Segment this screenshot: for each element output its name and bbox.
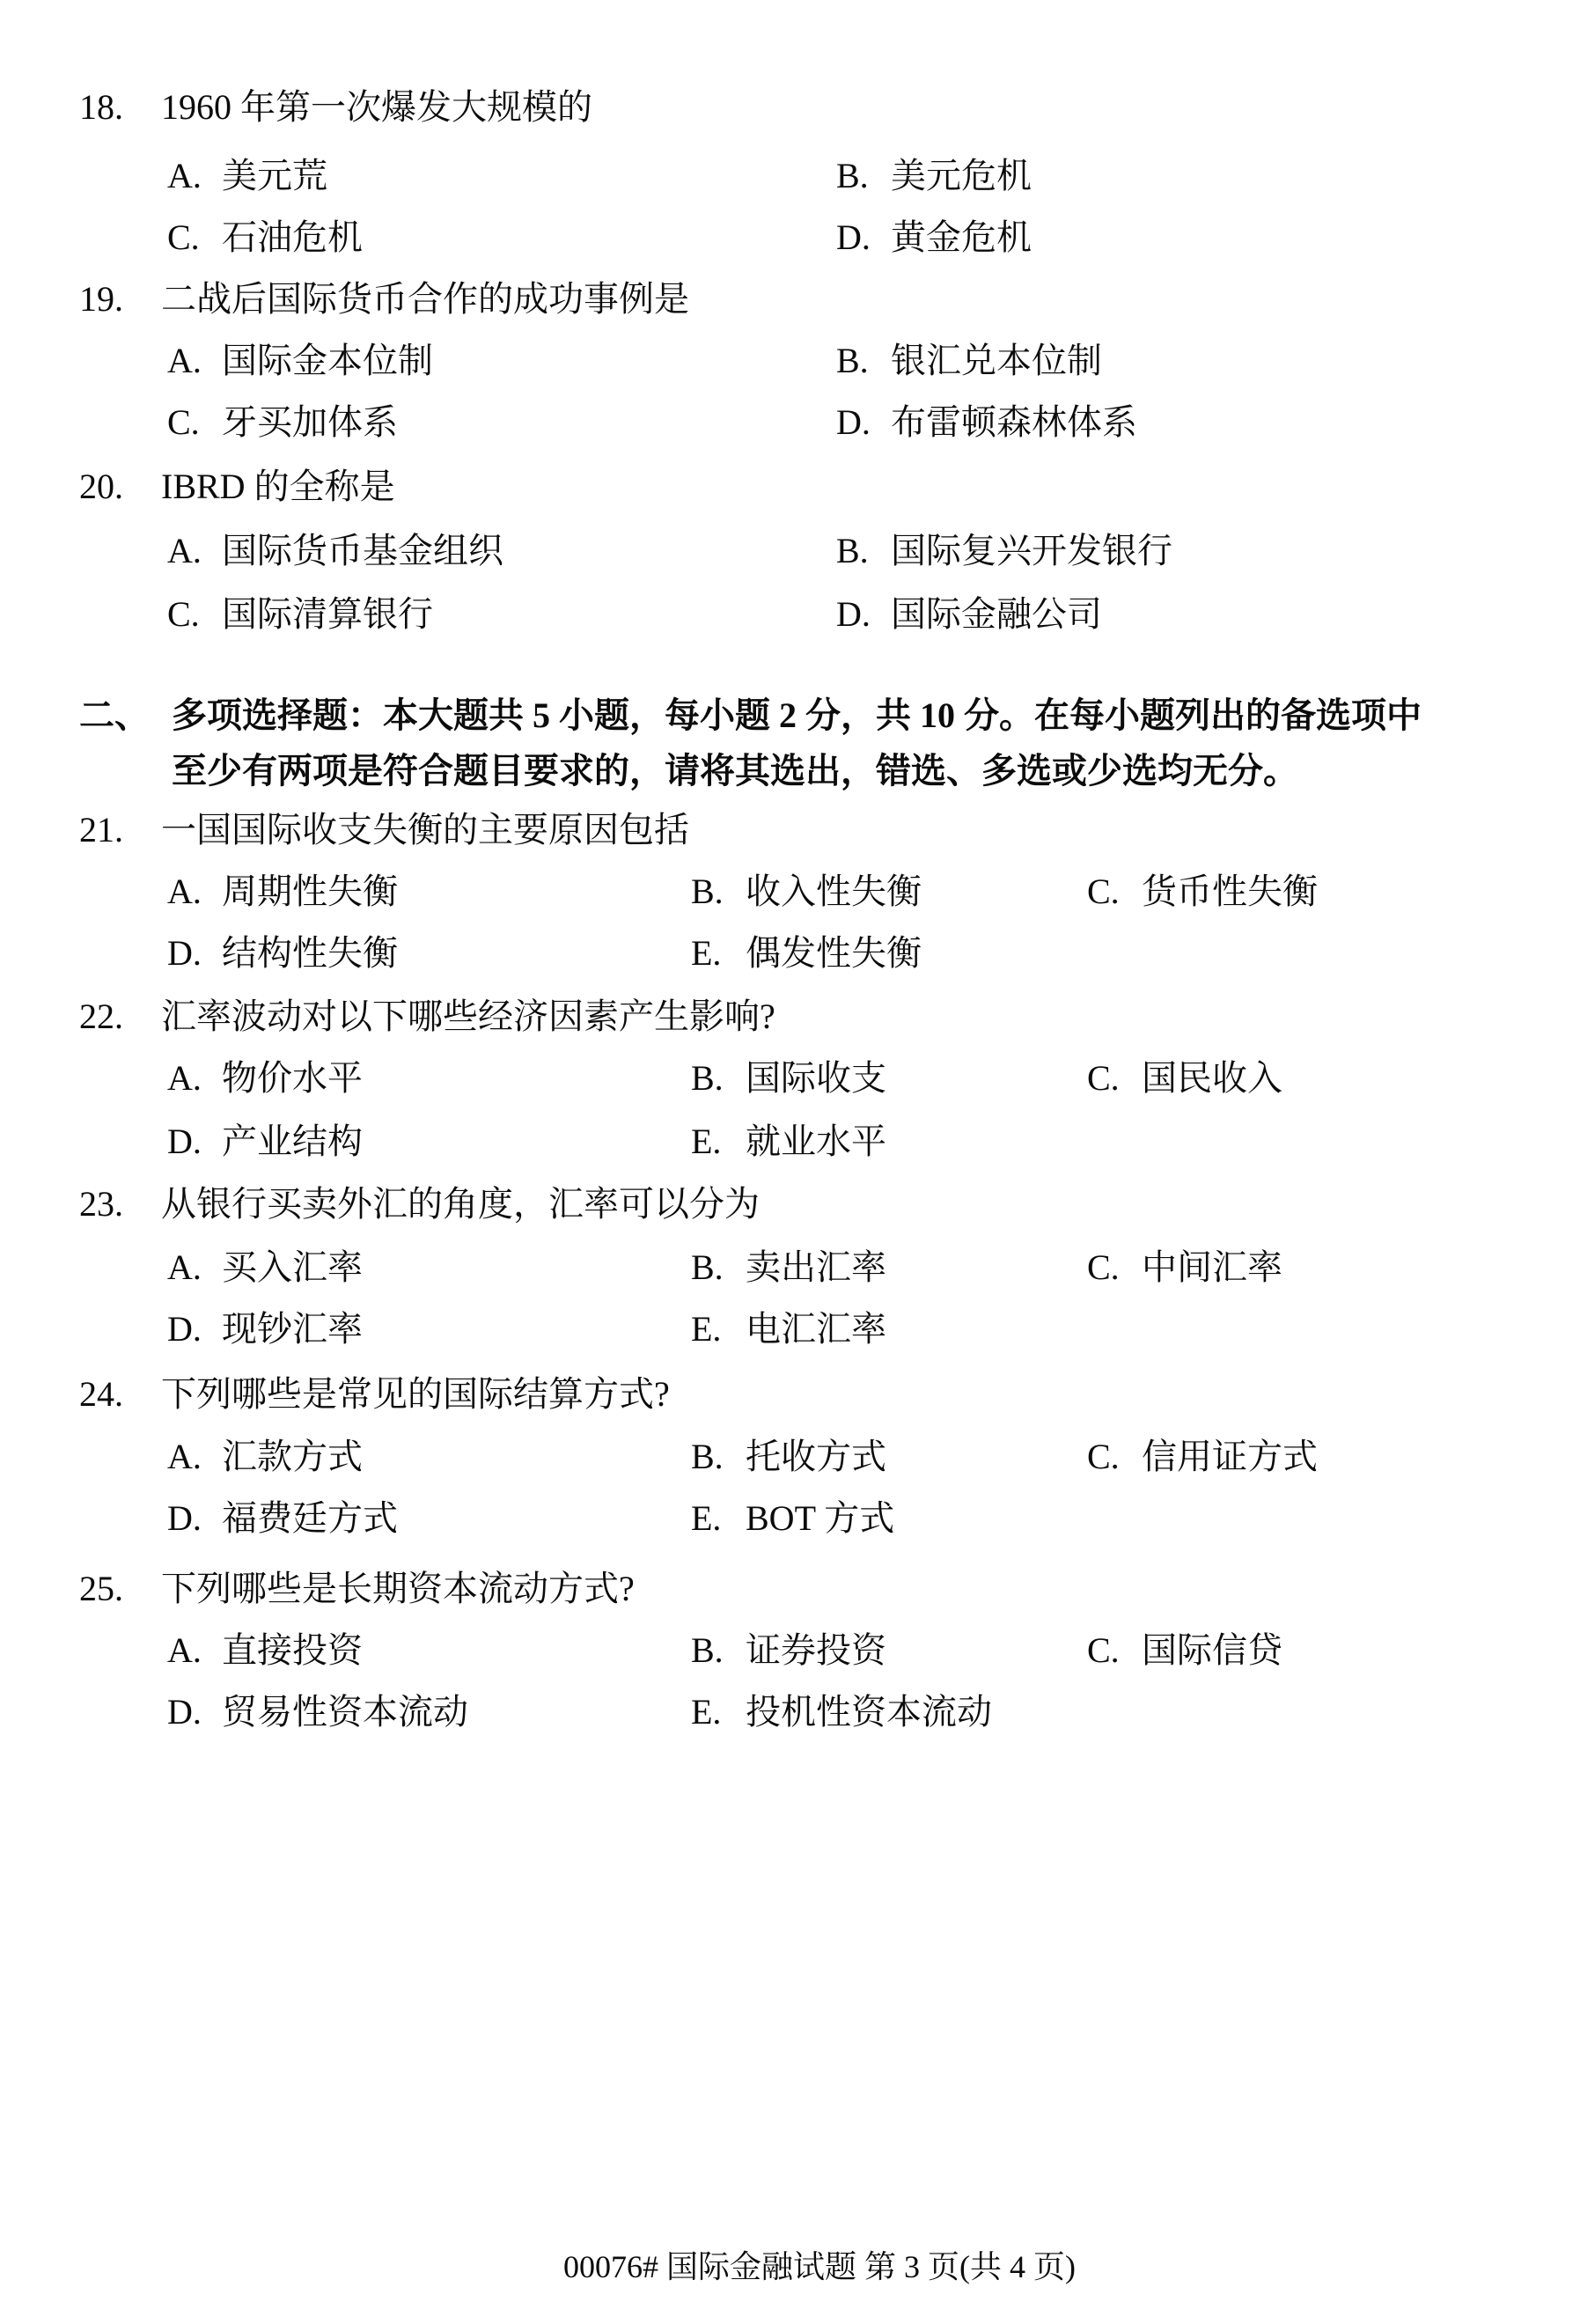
question-23-options-de: D.现钞汇率 E.电汇汇率 — [0, 1310, 1580, 1359]
option-letter: A. — [167, 1438, 222, 1476]
option: C.货币性失衡 — [1087, 872, 1318, 911]
option-text: 国民收入 — [1142, 1058, 1282, 1098]
option: A.国际货币基金组织 — [167, 532, 503, 570]
option: C.中间汇率 — [1087, 1248, 1282, 1287]
question-20-options-cd: C.国际清算银行 D.国际金融公司 — [0, 595, 1580, 644]
option: B.美元危机 — [836, 157, 1032, 195]
option-letter: A. — [167, 157, 222, 195]
option-letter: B. — [836, 532, 891, 570]
option: E.就业水平 — [691, 1122, 886, 1161]
option: E.偶发性失衡 — [691, 934, 922, 973]
option-text: 直接投资 — [222, 1630, 363, 1670]
option-letter: D. — [167, 1693, 222, 1732]
section-number: 二、 — [79, 696, 150, 735]
option-text: 偶发性失衡 — [746, 933, 922, 973]
option-letter: B. — [691, 872, 746, 911]
option: C.国际信贷 — [1087, 1631, 1282, 1670]
option-text: 国际金融公司 — [891, 594, 1102, 634]
section-instructions: 多项选择题：本大题共 5 小题，每小题 2 分，共 10 分。在每小题列出的备选… — [172, 696, 1422, 735]
option-text: 中间汇率 — [1142, 1247, 1282, 1287]
option-letter: C. — [1087, 1059, 1142, 1098]
question-21: 21. 一国国际收支失衡的主要原因包括 — [0, 811, 1580, 860]
option-text: 布雷顿森林体系 — [891, 402, 1137, 442]
question-stem: 下列哪些是常见的国际结算方式? — [161, 1375, 670, 1414]
option: A.买入汇率 — [167, 1248, 363, 1287]
option-letter: B. — [836, 342, 891, 380]
option: C.牙买加体系 — [167, 403, 398, 442]
section-2-heading-line-2: 至少有两项是符合题目要求的，请将其选出，错选、多选或少选均无分。 — [0, 752, 1580, 801]
option: D.贸易性资本流动 — [167, 1693, 468, 1732]
option: C.国际清算银行 — [167, 595, 433, 634]
option: D.福费廷方式 — [167, 1499, 398, 1538]
option-letter: C. — [1087, 1438, 1142, 1476]
option-text: 物价水平 — [222, 1058, 363, 1098]
question-18: 18. 1960 年第一次爆发大规模的 — [0, 88, 1580, 137]
option-letter: C. — [167, 595, 222, 634]
option-text: 国际金本位制 — [222, 341, 433, 380]
option-letter: E. — [691, 1310, 746, 1349]
option-text: 周期性失衡 — [222, 871, 398, 911]
option-letter: D. — [167, 1310, 222, 1349]
question-21-options-de: D.结构性失衡 E.偶发性失衡 — [0, 934, 1580, 983]
option-letter: B. — [691, 1059, 746, 1098]
section-2-heading-line-1: 二、 多项选择题：本大题共 5 小题，每小题 2 分，共 10 分。在每小题列出… — [0, 696, 1580, 746]
question-24-options-abc: A.汇款方式 B.托收方式 C.信用证方式 — [0, 1438, 1580, 1487]
option-text: 托收方式 — [746, 1437, 886, 1476]
option-text: 产业结构 — [222, 1122, 363, 1161]
option-letter: A. — [167, 342, 222, 380]
question-number: 24. — [79, 1375, 123, 1414]
option: D.产业结构 — [167, 1122, 363, 1161]
option-text: 汇款方式 — [222, 1437, 363, 1476]
question-stem: 从银行买卖外汇的角度，汇率可以分为 — [161, 1185, 760, 1224]
option: A.汇款方式 — [167, 1438, 363, 1476]
option: D.结构性失衡 — [167, 934, 398, 973]
option-letter: B. — [836, 157, 891, 195]
question-23-options-abc: A.买入汇率 B.卖出汇率 C.中间汇率 — [0, 1248, 1580, 1298]
option: A.周期性失衡 — [167, 872, 398, 911]
option-letter: D. — [167, 934, 222, 973]
option-text: 美元荒 — [222, 156, 327, 195]
option-letter: D. — [167, 1122, 222, 1161]
question-stem: 二战后国际货币合作的成功事例是 — [161, 280, 689, 319]
question-18-options-ab: A.美元荒 B.美元危机 — [0, 157, 1580, 206]
question-number: 20. — [79, 467, 123, 506]
option-text: 石油危机 — [222, 217, 363, 257]
option: B.国际复兴开发银行 — [836, 532, 1172, 570]
option-letter: A. — [167, 1059, 222, 1098]
question-stem: 1960 年第一次爆发大规模的 — [161, 88, 592, 127]
option-letter: D. — [836, 403, 891, 442]
question-stem: IBRD 的全称是 — [161, 467, 395, 506]
option-text: 国际复兴开发银行 — [891, 531, 1172, 570]
option: C.石油危机 — [167, 218, 363, 257]
option-letter: B. — [691, 1438, 746, 1476]
question-number: 18. — [79, 88, 123, 127]
option-letter: A. — [167, 532, 222, 570]
question-20-options-ab: A.国际货币基金组织 B.国际复兴开发银行 — [0, 532, 1580, 581]
option-text: 国际清算银行 — [222, 594, 433, 634]
question-number: 25. — [79, 1570, 123, 1608]
option-letter: B. — [691, 1248, 746, 1287]
question-19-options-cd: C.牙买加体系 D.布雷顿森林体系 — [0, 403, 1580, 452]
option: A.美元荒 — [167, 157, 327, 195]
question-number: 22. — [79, 997, 123, 1036]
option: D.国际金融公司 — [836, 595, 1102, 634]
option: A.直接投资 — [167, 1631, 363, 1670]
question-stem: 一国国际收支失衡的主要原因包括 — [161, 811, 689, 849]
option-letter: C. — [1087, 872, 1142, 911]
option-letter: C. — [1087, 1248, 1142, 1287]
option-letter: E. — [691, 934, 746, 973]
question-18-options-cd: C.石油危机 D.黄金危机 — [0, 218, 1580, 268]
option: B.卖出汇率 — [691, 1248, 886, 1287]
option-text: 牙买加体系 — [222, 402, 398, 442]
option: D.黄金危机 — [836, 218, 1032, 257]
option: D.布雷顿森林体系 — [836, 403, 1137, 442]
option-text: 福费廷方式 — [222, 1498, 398, 1538]
option-letter: B. — [691, 1631, 746, 1670]
option: C.信用证方式 — [1087, 1438, 1318, 1476]
option: E.电汇汇率 — [691, 1310, 886, 1349]
option-text: 美元危机 — [891, 156, 1032, 195]
option-text: 现钞汇率 — [222, 1309, 363, 1349]
option-text: 卖出汇率 — [746, 1247, 886, 1287]
question-stem: 下列哪些是长期资本流动方式? — [161, 1570, 635, 1608]
option-letter: C. — [167, 218, 222, 257]
page-footer-text: 00076# 国际金融试题 第 3 页(共 4 页) — [563, 2250, 1076, 2285]
option-letter: C. — [1087, 1631, 1142, 1670]
question-19-options-ab: A.国际金本位制 B.银汇兑本位制 — [0, 342, 1580, 391]
option: A.物价水平 — [167, 1059, 363, 1098]
option-letter: A. — [167, 872, 222, 911]
option-letter: E. — [691, 1122, 746, 1161]
option: C.国民收入 — [1087, 1059, 1282, 1098]
option: A.国际金本位制 — [167, 342, 433, 380]
question-22: 22. 汇率波动对以下哪些经济因素产生影响? — [0, 997, 1580, 1047]
question-21-options-abc: A.周期性失衡 B.收入性失衡 C.货币性失衡 — [0, 872, 1580, 922]
question-22-options-abc: A.物价水平 B.国际收支 C.国民收入 — [0, 1059, 1580, 1108]
option-letter: D. — [167, 1499, 222, 1538]
option-text: 国际货币基金组织 — [222, 531, 503, 570]
question-19: 19. 二战后国际货币合作的成功事例是 — [0, 280, 1580, 329]
option-letter: E. — [691, 1693, 746, 1732]
option-text: 贸易性资本流动 — [222, 1692, 468, 1732]
option: E.BOT 方式 — [691, 1499, 894, 1538]
question-number: 19. — [79, 280, 123, 319]
option-text: BOT 方式 — [746, 1498, 894, 1538]
option-text: 国际信贷 — [1142, 1630, 1282, 1670]
page-footer: 00076# 国际金融试题 第 3 页(共 4 页) — [0, 2250, 1580, 2299]
question-number: 23. — [79, 1185, 123, 1224]
option-text: 货币性失衡 — [1142, 871, 1318, 911]
option-text: 证券投资 — [746, 1630, 886, 1670]
option: B.证券投资 — [691, 1631, 886, 1670]
section-instructions: 至少有两项是符合题目要求的，请将其选出，错选、多选或少选均无分。 — [172, 752, 1298, 791]
option-text: 银汇兑本位制 — [891, 341, 1102, 380]
question-25: 25. 下列哪些是长期资本流动方式? — [0, 1570, 1580, 1619]
option-text: 信用证方式 — [1142, 1437, 1318, 1476]
question-24-options-de: D.福费廷方式 E.BOT 方式 — [0, 1499, 1580, 1548]
option: B.收入性失衡 — [691, 872, 922, 911]
question-25-options-abc: A.直接投资 B.证券投资 C.国际信贷 — [0, 1631, 1580, 1680]
option-letter: D. — [836, 595, 891, 634]
option: E.投机性资本流动 — [691, 1693, 992, 1732]
option-text: 就业水平 — [746, 1122, 886, 1161]
question-number: 21. — [79, 811, 123, 849]
question-20: 20. IBRD 的全称是 — [0, 467, 1580, 517]
question-25-options-de: D.贸易性资本流动 E.投机性资本流动 — [0, 1693, 1580, 1742]
option-text: 投机性资本流动 — [746, 1692, 992, 1732]
option: B.托收方式 — [691, 1438, 886, 1476]
option-letter: D. — [836, 218, 891, 257]
option-text: 收入性失衡 — [746, 871, 922, 911]
question-stem: 汇率波动对以下哪些经济因素产生影响? — [161, 997, 775, 1036]
option-text: 结构性失衡 — [222, 933, 398, 973]
question-23: 23. 从银行买卖外汇的角度，汇率可以分为 — [0, 1185, 1580, 1234]
question-22-options-de: D.产业结构 E.就业水平 — [0, 1122, 1580, 1172]
option-text: 国际收支 — [746, 1058, 886, 1098]
option: B.银汇兑本位制 — [836, 342, 1102, 380]
option-text: 电汇汇率 — [746, 1309, 886, 1349]
option: D.现钞汇率 — [167, 1310, 363, 1349]
option-letter: E. — [691, 1499, 746, 1538]
option-text: 买入汇率 — [222, 1247, 363, 1287]
option-letter: A. — [167, 1631, 222, 1670]
option-letter: C. — [167, 403, 222, 442]
question-24: 24. 下列哪些是常见的国际结算方式? — [0, 1375, 1580, 1424]
option-text: 黄金危机 — [891, 217, 1032, 257]
option-letter: A. — [167, 1248, 222, 1287]
option: B.国际收支 — [691, 1059, 886, 1098]
